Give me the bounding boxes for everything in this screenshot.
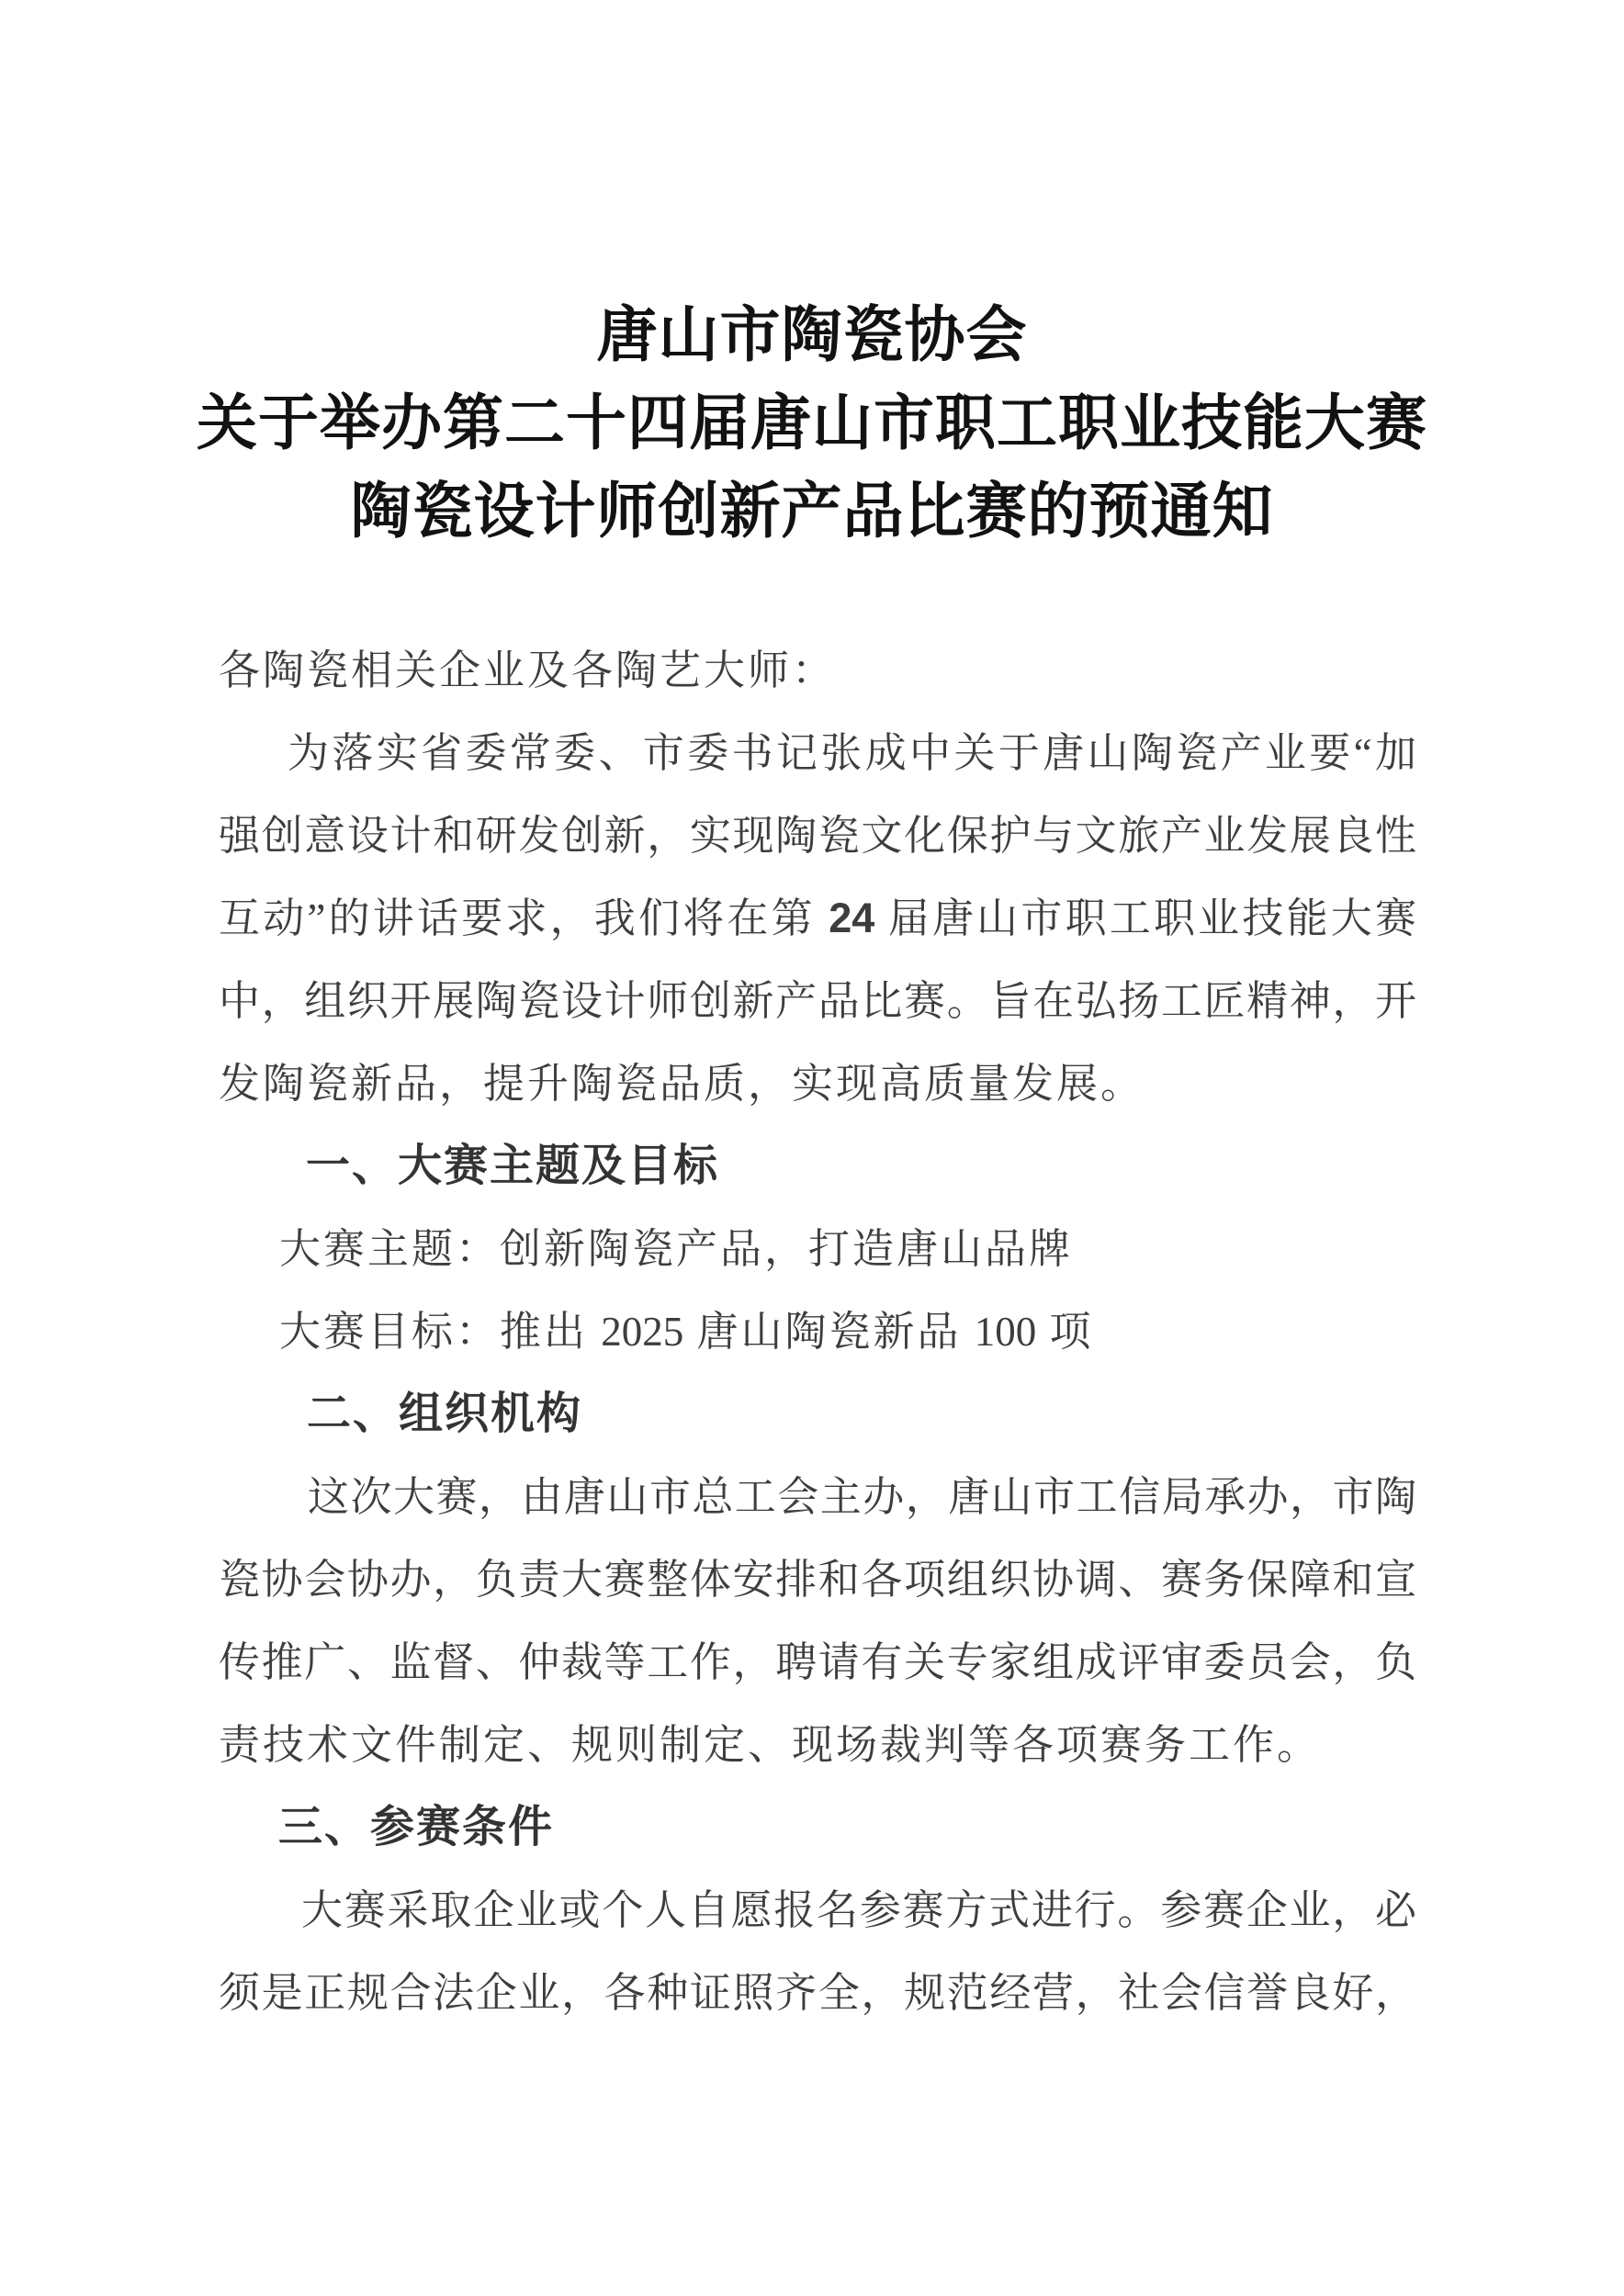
text-line: 这次大赛，由唐山市总工会主办，唐山市工信局承办，市陶 bbox=[219, 1456, 1416, 1538]
cjk-text: 大赛主题：创新陶瓷产品，打造唐山品牌 bbox=[279, 1226, 1073, 1272]
text-line: 大赛主题：创新陶瓷产品，打造唐山品牌 bbox=[219, 1208, 1416, 1290]
cjk-text: 一、大赛主题及目标 bbox=[306, 1142, 719, 1190]
numeral-text: 24 bbox=[829, 895, 874, 941]
cjk-text: 传推广、监督、仲裁等工作，聘请有关专家组成评审委员会，负 bbox=[219, 1639, 1416, 1685]
text-line: 传推广、监督、仲裁等工作，聘请有关专家组成评审委员会，负 bbox=[219, 1621, 1416, 1704]
cjk-text: 互动”的讲话要求，我们将在第 bbox=[219, 895, 829, 941]
heading-line: 三、参赛条件 bbox=[219, 1786, 1416, 1869]
text-line: 大赛目标：推出 2025 唐山陶瓷新品 100 项 bbox=[219, 1290, 1416, 1373]
cjk-text: 唐山陶瓷新品 bbox=[683, 1309, 975, 1355]
cjk-text: 二、组织机构 bbox=[307, 1390, 582, 1438]
cjk-text: 中，组织开展陶瓷设计师创新产品比赛。旨在弘扬工匠精神，开 bbox=[219, 978, 1416, 1024]
text-line: 互动”的讲话要求，我们将在第 24 届唐山市职工职业技能大赛 bbox=[219, 877, 1416, 960]
text-line: 各陶瓷相关企业及各陶艺大师： bbox=[219, 629, 1416, 712]
heading-line: 一、大赛主题及目标 bbox=[219, 1125, 1416, 1208]
cjk-text: 为落实省委常委、市委书记张成中关于唐山陶瓷产业要“加 bbox=[288, 730, 1416, 776]
document-title-line-1: 唐山市陶瓷协会 bbox=[0, 290, 1624, 378]
text-line: 责技术文件制定、规则制定、现场裁判等各项赛务工作。 bbox=[219, 1704, 1416, 1786]
cjk-text: 届唐山市职工职业技能大赛 bbox=[874, 895, 1416, 941]
document-title-line-3: 陶瓷设计师创新产品比赛的预通知 bbox=[0, 467, 1624, 555]
document-title-line-2: 关于举办第二十四届唐山市职工职业技能大赛 bbox=[0, 378, 1624, 467]
text-line: 瓷协会协办，负责大赛整体安排和各项组织协调、赛务保障和宣 bbox=[219, 1538, 1416, 1621]
cjk-text: 须是正规合法企业，各种证照齐全，规范经营，社会信誉良好， bbox=[219, 1970, 1416, 2016]
document-title-block: 唐山市陶瓷协会 关于举办第二十四届唐山市职工职业技能大赛 陶瓷设计师创新产品比赛… bbox=[0, 0, 1624, 555]
text-line: 中，组织开展陶瓷设计师创新产品比赛。旨在弘扬工匠精神，开 bbox=[219, 960, 1416, 1042]
text-line: 强创意设计和研发创新，实现陶瓷文化保护与文旅产业发展良性 bbox=[219, 794, 1416, 877]
text-line: 发陶瓷新品，提升陶瓷品质，实现高质量发展。 bbox=[219, 1042, 1416, 1125]
numeral-text: 2025 bbox=[601, 1309, 683, 1355]
cjk-text: 大赛采取企业或个人自愿报名参赛方式进行。参赛企业，必 bbox=[301, 1887, 1416, 1933]
document-body: 各陶瓷相关企业及各陶艺大师：为落实省委常委、市委书记张成中关于唐山陶瓷产业要“加… bbox=[219, 629, 1416, 2034]
cjk-text: 强创意设计和研发创新，实现陶瓷文化保护与文旅产业发展良性 bbox=[219, 813, 1416, 859]
text-line: 大赛采取企业或个人自愿报名参赛方式进行。参赛企业，必 bbox=[219, 1869, 1416, 1952]
numeral-text: 100 bbox=[975, 1309, 1037, 1355]
cjk-text: 三、参赛条件 bbox=[278, 1803, 554, 1851]
cjk-text: 这次大赛，由唐山市总工会主办，唐山市工信局承办，市陶 bbox=[308, 1474, 1416, 1520]
cjk-text: 瓷协会协办，负责大赛整体安排和各项组织协调、赛务保障和宣 bbox=[219, 1557, 1416, 1603]
cjk-text: 项 bbox=[1036, 1309, 1093, 1355]
document-page: 唐山市陶瓷协会 关于举办第二十四届唐山市职工职业技能大赛 陶瓷设计师创新产品比赛… bbox=[0, 0, 1624, 2296]
cjk-text: 各陶瓷相关企业及各陶艺大师： bbox=[219, 647, 836, 693]
cjk-text: 责技术文件制定、规则制定、现场裁判等各项赛务工作。 bbox=[219, 1722, 1321, 1768]
text-line: 须是正规合法企业，各种证照齐全，规范经营，社会信誉良好， bbox=[219, 1952, 1416, 2034]
heading-line: 二、组织机构 bbox=[219, 1373, 1416, 1456]
cjk-text: 大赛目标：推出 bbox=[279, 1309, 601, 1355]
text-line: 为落实省委常委、市委书记张成中关于唐山陶瓷产业要“加 bbox=[219, 712, 1416, 794]
cjk-text: 发陶瓷新品，提升陶瓷品质，实现高质量发展。 bbox=[219, 1061, 1145, 1107]
